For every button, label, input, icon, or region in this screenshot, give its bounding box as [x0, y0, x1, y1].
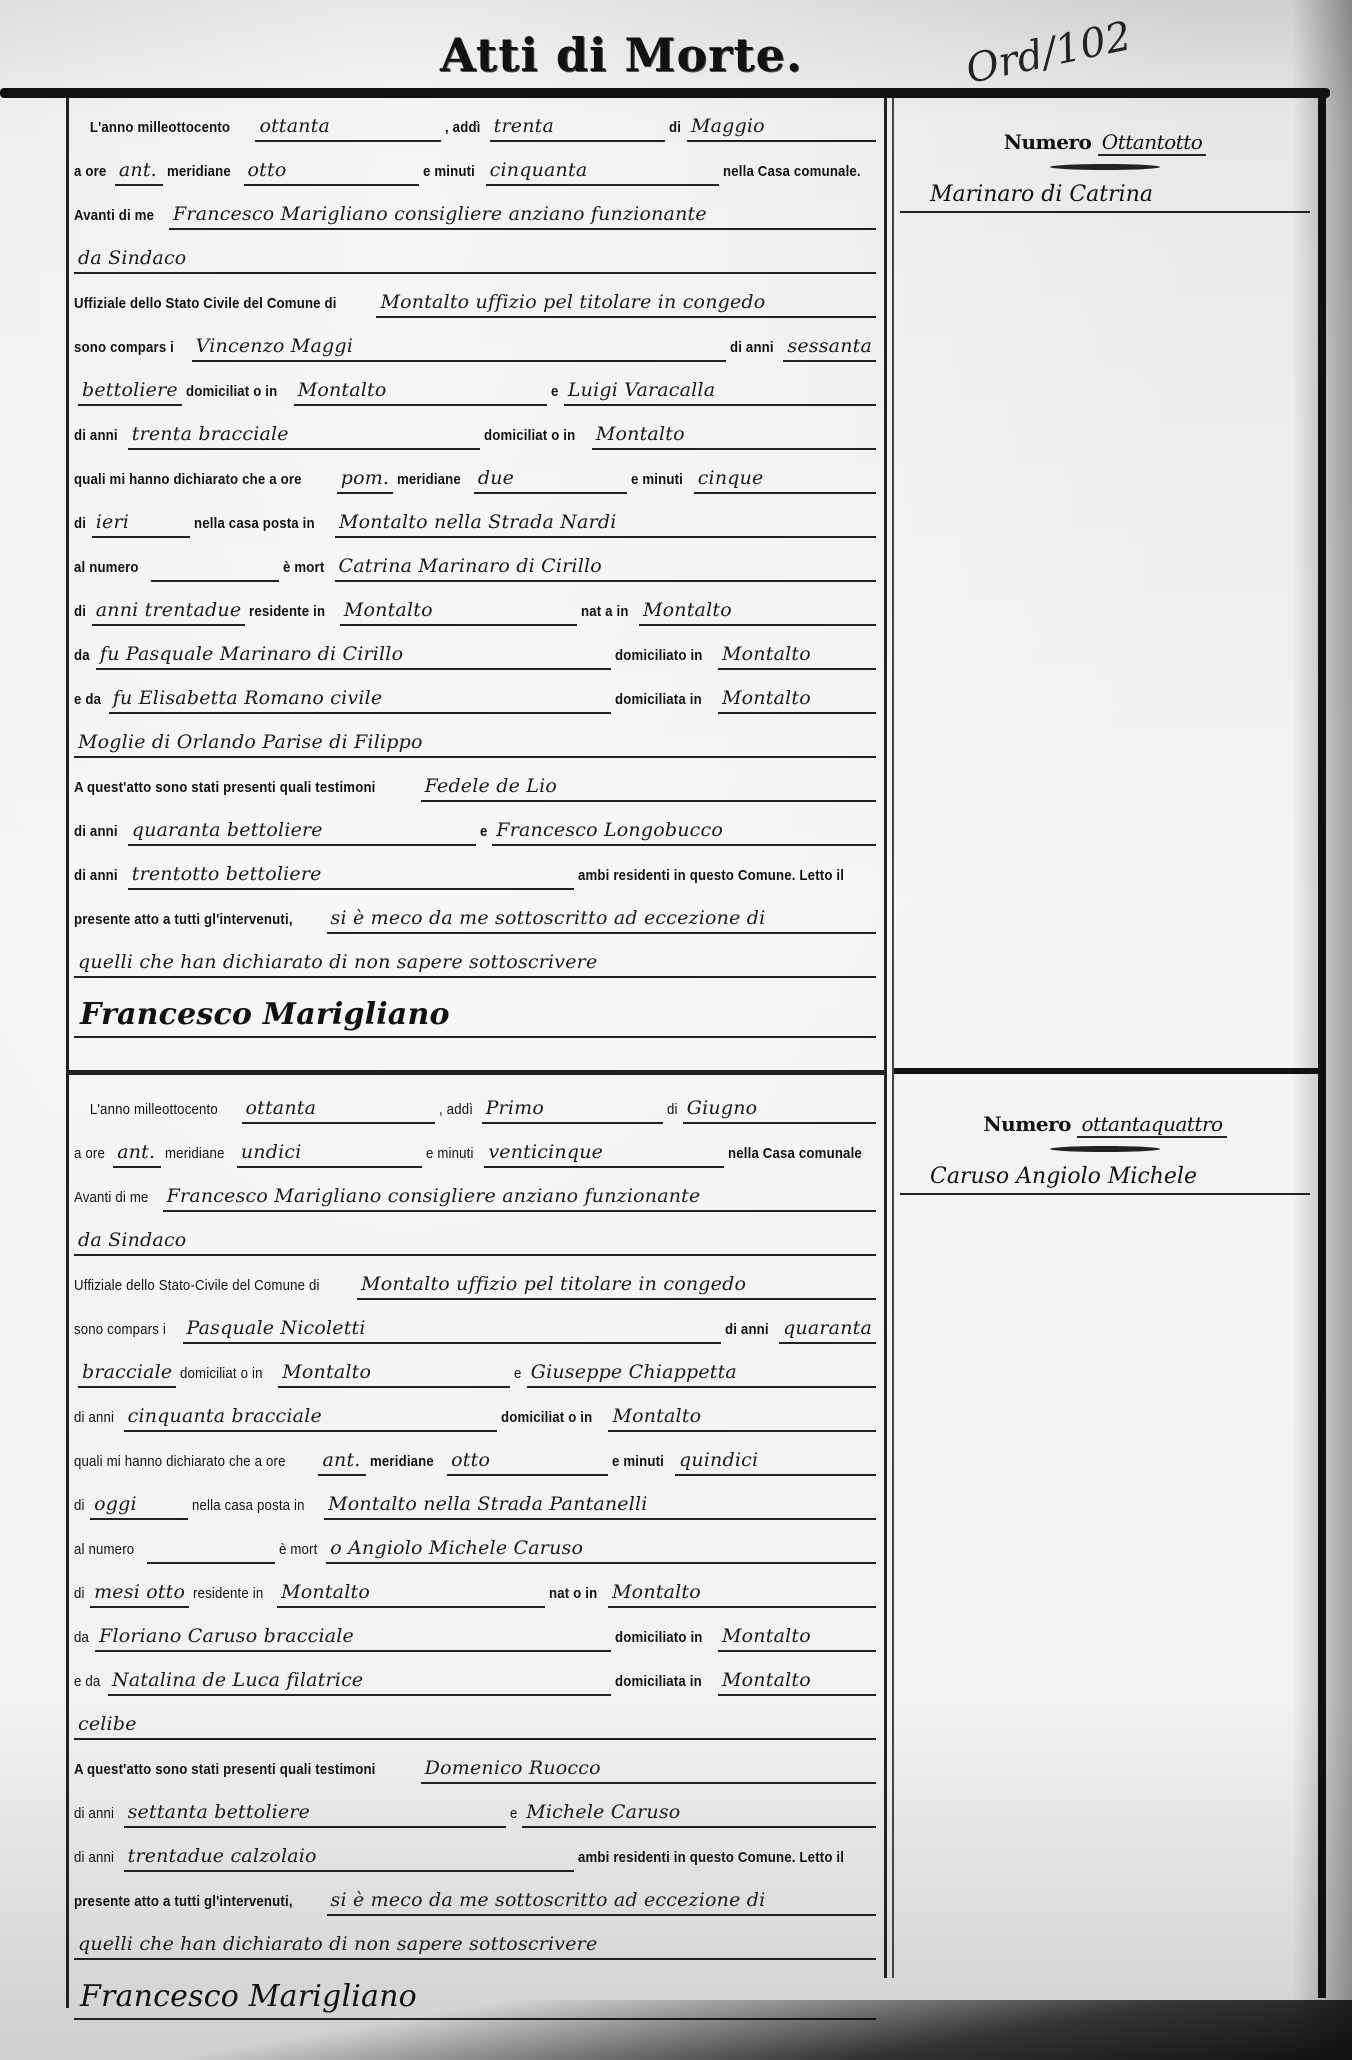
- line-year: L'anno milleottocento ottanta , addì Pri…: [74, 1080, 880, 1124]
- field-comune: Montalto uffizio pel titolare in congedo: [357, 1273, 876, 1300]
- line-father: da fu Pasquale Marinaro di Cirillo domic…: [74, 626, 880, 670]
- field-death-house: Montalto nella Strada Nardi: [335, 511, 876, 538]
- margin-numero: Numero ottantaquattro: [900, 1112, 1310, 1136]
- line-witnesses: A quest'atto sono stati presenti quali t…: [74, 758, 880, 802]
- field-declarant-1-profession: bracciale: [78, 1361, 176, 1388]
- margin-numero: Numero Ottantotto: [900, 130, 1310, 154]
- field-declarant-1-domicile: Montalto: [278, 1361, 510, 1388]
- field-mother-domicile: Montalto: [718, 1669, 876, 1696]
- field-witness-2-age: trentotto bettoliere: [128, 863, 574, 890]
- field-death-minutes: quindici: [675, 1449, 876, 1476]
- line-year: L'anno milleottocento ottanta , addì tre…: [74, 98, 880, 142]
- field-declarant-2-age: trenta bracciale: [128, 423, 480, 450]
- field-birthplace: Montalto: [639, 599, 876, 626]
- field-declarant-2-domicile: Montalto: [608, 1405, 876, 1432]
- field-father: Floriano Caruso bracciale: [95, 1625, 610, 1652]
- scan-shadow: [0, 2000, 1352, 2060]
- field-reading-note-cont: quelli che han dichiarato di non sapere …: [74, 951, 876, 978]
- field-residence: Montalto: [340, 599, 577, 626]
- line-death-time: quali mi hanno dichiarato che a ore pom.…: [74, 450, 880, 494]
- field-officer: Francesco Mariglianо consigliere anziano…: [163, 1185, 876, 1212]
- margin-entry-2: Numero ottantaquattro Caruso Angiolo Mic…: [900, 1112, 1310, 1195]
- field-witness-2-age: trentadue calzolaio: [124, 1845, 574, 1872]
- margin-numero-value: ottantaquattro: [1077, 1112, 1226, 1138]
- line-reading: presente atto a tutti gl'intervenuti, si…: [74, 1872, 880, 1916]
- line-reading-cont: quelli che han dichiarato di non sapere …: [74, 1916, 880, 1960]
- line-father: da Floriano Caruso bracciale domiciliato…: [74, 1608, 880, 1652]
- field-death-hour: due: [474, 467, 627, 494]
- field-declarant-1-age: quaranta: [779, 1317, 876, 1344]
- field-witness-1: Fedele de Lio: [421, 775, 876, 802]
- field-declarant-2: Luigi Varacalla: [564, 379, 876, 406]
- field-deceased-age: mesi otto: [90, 1581, 189, 1608]
- death-record-1: L'anno milleottocento ottanta , addì tre…: [74, 98, 880, 1038]
- field-father-domicile: Montalto: [718, 643, 876, 670]
- line-death-place: di ieri nella casa posta in Montalto nel…: [74, 494, 880, 538]
- line-reading-cont: quelli che han dichiarato di non sapere …: [74, 934, 880, 978]
- field-marital-note: celibe: [74, 1713, 876, 1740]
- field-deceased-name: Catrina Marinaro di Cirillo: [335, 555, 876, 582]
- field-officer-cont: da Sindaco: [74, 247, 876, 274]
- line-officer: Avanti di me Francesco Mariglianо consig…: [74, 1168, 880, 1212]
- field-declarant-1: Pasquale Nicoletti: [183, 1317, 722, 1344]
- line-note: Moglie di Orlando Parise di Filippo: [74, 714, 880, 758]
- column-divider-inner: [892, 98, 894, 1978]
- field-residence: Montalto: [277, 1581, 545, 1608]
- field-hour: otto: [244, 159, 419, 186]
- line-declarant-1-domicile: bracciale domiciliat o in Montalto e Giu…: [74, 1344, 880, 1388]
- field-declarant-1: Vincenzo Maggi: [192, 335, 726, 362]
- field-minutes: cinquanta: [486, 159, 720, 186]
- line-time: a ore ant. meridiane undici e minuti ven…: [74, 1124, 880, 1168]
- top-rule: [0, 88, 1330, 98]
- field-mother-domicile: Montalto: [718, 687, 876, 714]
- field-day: trenta: [490, 115, 666, 142]
- field-witness-1-age: settanta bettoliere: [124, 1801, 506, 1828]
- margin-numero-value: Ottantotto: [1098, 130, 1206, 156]
- line-witness-1-age: di anni settanta bettoliere e Michele Ca…: [74, 1784, 880, 1828]
- line-witnesses: A quest'atto sono stati presenti quali t…: [74, 1740, 880, 1784]
- line-officer-cont: da Sindaco: [74, 1212, 880, 1256]
- margin-deceased-name: Caruso Angiolo Michele: [900, 1164, 1310, 1195]
- flourish-mark: [1050, 164, 1160, 170]
- line-death-time: quali mi hanno dichiarato che a ore ant.…: [74, 1432, 880, 1476]
- line-reading: presente atto a tutti gl'intervenuti, si…: [74, 890, 880, 934]
- line-declarant-2-age: di anni trenta bracciale domiciliat o in…: [74, 406, 880, 450]
- line-time: a ore ant. meridiane otto e minuti cinqu…: [74, 142, 880, 186]
- field-deceased-name: o Angiolo Michele Caruso: [326, 1537, 876, 1564]
- entry-separator: [66, 1070, 884, 1075]
- field-father: fu Pasquale Marinaro di Cirillo: [96, 643, 611, 670]
- field-mother: Natalina de Luca filatrice: [108, 1669, 611, 1696]
- margin-deceased-name: Marinaro di Catrina: [900, 182, 1310, 213]
- column-divider: [884, 98, 887, 1978]
- reference-mark: Ord/102: [962, 13, 1135, 93]
- flourish-mark: [1050, 1146, 1160, 1152]
- page-title: Atti di Morte.: [440, 28, 803, 82]
- field-hour: undici: [237, 1141, 422, 1168]
- field-witness-2: Francesco Longobucco: [492, 819, 876, 846]
- field-death-hour: otto: [447, 1449, 608, 1476]
- field-day: Primo: [482, 1097, 663, 1124]
- field-ore: ant.: [113, 1141, 161, 1168]
- field-year: ottanta: [255, 115, 441, 142]
- line-officer-cont: da Sindaco: [74, 230, 880, 274]
- line-comune: Uffiziale dello Stato Civile del Comune …: [74, 274, 880, 318]
- line-deceased-age: di anni trentadue residente in Montalto …: [74, 582, 880, 626]
- line-declarant-1: sono compars i Vincenzo Maggi di anni se…: [74, 318, 880, 362]
- officer-signature: Francesco Mariglianо: [74, 997, 876, 1038]
- line-signature: Francesco Mariglianо: [74, 978, 880, 1038]
- death-record-2: L'anno milleottocento ottanta , addì Pri…: [74, 1080, 880, 2020]
- field-father-domicile: Montalto: [718, 1625, 876, 1652]
- field-death-ore: ant.: [318, 1449, 366, 1476]
- line-deceased: al numero è mort Catrina Marinaro di Cir…: [74, 538, 880, 582]
- line-witness-2-age: di anni trentadue calzolaio ambi residen…: [74, 1828, 880, 1872]
- line-declarant-1-domicile: bettoliere domiciliat o in Montalto e Lu…: [74, 362, 880, 406]
- field-mother: fu Elisabetta Romano civile: [109, 687, 612, 714]
- field-death-day: ieri: [92, 511, 190, 538]
- register-page: Atti di Morte. Ord/102 Numero Ottantotto…: [0, 0, 1352, 2060]
- line-deceased: al numero è mort o Angiolo Michele Carus…: [74, 1520, 880, 1564]
- field-declarant-1-domicile: Montalto: [294, 379, 548, 406]
- field-witness-1: Domenico Ruocco: [421, 1757, 876, 1784]
- field-month: Maggio: [687, 115, 876, 142]
- field-month: Giugno: [683, 1097, 876, 1124]
- line-death-place: di oggi nella casa posta in Montalto nel…: [74, 1476, 880, 1520]
- field-death-house: Montalto nella Strada Pantanelli: [324, 1493, 876, 1520]
- line-note: celibe: [74, 1696, 880, 1740]
- field-death-minutes: cinque: [694, 467, 876, 494]
- field-witness-2: Michele Caruso: [522, 1801, 876, 1828]
- line-comune: Uffiziale dello Stato-Civile del Comune …: [74, 1256, 880, 1300]
- margin-entry-1: Numero Ottantotto Marinaro di Catrina: [900, 130, 1310, 213]
- field-reading-note: si è meco da me sottoscritto ad eccezion…: [327, 907, 877, 934]
- line-officer: Avanti di me Francesco Mariglianо consig…: [74, 186, 880, 230]
- line-witness-2-age: di anni trentotto bettoliere ambi reside…: [74, 846, 880, 890]
- field-reading-note: si è meco da me sottoscritto ad eccezion…: [327, 1889, 877, 1916]
- line-deceased-age: di mesi otto residente in Montalto nat o…: [74, 1564, 880, 1608]
- field-death-day: oggi: [90, 1493, 188, 1520]
- field-witness-1-age: quaranta bettoliere: [128, 819, 476, 846]
- field-declarant-2: Giuseppe Chiappetta: [527, 1361, 876, 1388]
- line-witness-1-age: di anni quaranta bettoliere e Francesco …: [74, 802, 880, 846]
- field-declarant-2-age: cinquanta bracciale: [124, 1405, 497, 1432]
- margin-separator: [894, 1068, 1318, 1074]
- line-mother: e da fu Elisabetta Romano civile domicil…: [74, 670, 880, 714]
- left-border: [66, 98, 69, 2008]
- field-birthplace: Montalto: [608, 1581, 876, 1608]
- right-border: [1318, 98, 1326, 1998]
- field-minutes: venticinque: [484, 1141, 723, 1168]
- field-death-ore: pom.: [337, 467, 393, 494]
- field-year: ottanta: [242, 1097, 435, 1124]
- field-marital-note: Moglie di Orlando Parise di Filippo: [74, 731, 876, 758]
- field-declarant-2-domicile: Montalto: [592, 423, 876, 450]
- line-declarant-2-age: di anni cinquanta bracciale domiciliat o…: [74, 1388, 880, 1432]
- field-declarant-1-profession: bettoliere: [78, 379, 182, 406]
- field-deceased-age: anni trentadue: [92, 599, 246, 626]
- field-ore: ant.: [115, 159, 163, 186]
- field-officer: Francesco Mariglianо consigliere anziano…: [169, 203, 876, 230]
- field-comune: Montalto uffizio pel titolare in congedo: [376, 291, 876, 318]
- line-declarant-1: sono compars i Pasquale Nicoletti di ann…: [74, 1300, 880, 1344]
- line-mother: e da Natalina de Luca filatrice domicili…: [74, 1652, 880, 1696]
- field-declarant-1-age: sessanta: [783, 335, 876, 362]
- field-officer-cont: da Sindaco: [74, 1229, 876, 1256]
- field-reading-note-cont: quelli che han dichiarato di non sapere …: [74, 1933, 876, 1960]
